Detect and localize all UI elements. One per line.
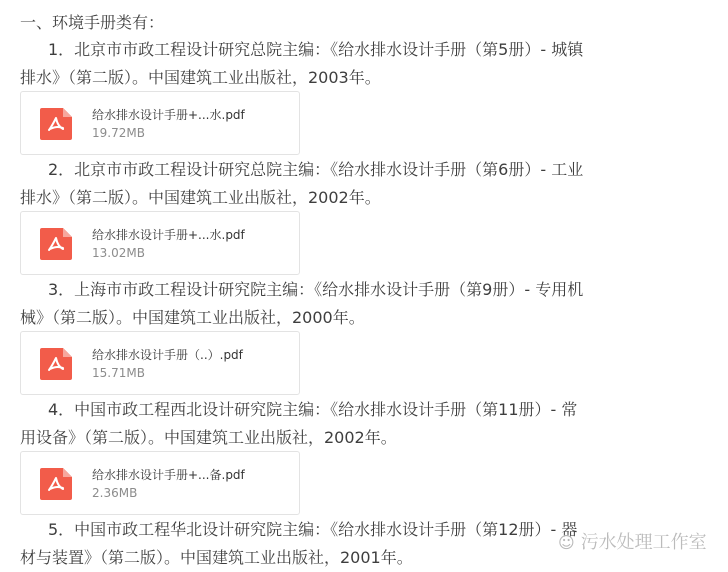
pdf-icon bbox=[40, 468, 72, 500]
file-attachment-card[interactable]: 给水排水设计手册（..）.pdf 15.71MB bbox=[20, 331, 300, 395]
entry-text-line2: 排水》（第二版）。中国建筑工业出版社，2002年。 bbox=[20, 184, 710, 212]
pdf-icon bbox=[40, 348, 72, 380]
file-size: 19.72MB bbox=[92, 126, 145, 140]
file-size: 15.71MB bbox=[92, 366, 145, 380]
file-name: 给水排水设计手册（..）.pdf bbox=[92, 348, 243, 362]
file-name: 给水排水设计手册+...备.pdf bbox=[92, 468, 245, 482]
reference-entry-4: 4．中国市政工程西北设计研究院主编：《给水排水设计手册（第11册）- 常 用设备… bbox=[20, 396, 710, 452]
reference-entry-3: 3．上海市市政工程设计研究院主编：《给水排水设计手册（第9册）- 专用机 械》（… bbox=[20, 276, 710, 332]
entry-text-line1: 2．北京市市政工程设计研究总院主编：《给水排水设计手册（第6册）- 工业 bbox=[20, 156, 710, 184]
reference-entry-1: 1．北京市市政工程设计研究总院主编：《给水排水设计手册（第5册）- 城镇 排水》… bbox=[20, 36, 710, 92]
file-name: 给水排水设计手册+...水.pdf bbox=[92, 108, 245, 122]
file-attachment-card[interactable]: 给水排水设计手册+...水.pdf 19.72MB bbox=[20, 91, 300, 155]
watermark: ☺污水处理工作室 bbox=[558, 528, 707, 554]
entry-text-line2: 用设备》（第二版）。中国建筑工业出版社，2002年。 bbox=[20, 424, 710, 452]
reference-entry-2: 2．北京市市政工程设计研究总院主编：《给水排水设计手册（第6册）- 工业 排水》… bbox=[20, 156, 710, 212]
entry-text-line2: 排水》（第二版）。中国建筑工业出版社，2003年。 bbox=[20, 64, 710, 92]
pdf-icon bbox=[40, 108, 72, 140]
file-size: 13.02MB bbox=[92, 246, 145, 260]
file-attachment-card[interactable]: 给水排水设计手册+...水.pdf 13.02MB bbox=[20, 211, 300, 275]
watermark-text: 污水处理工作室 bbox=[581, 532, 707, 553]
entry-text-line2: 械》（第二版）。中国建筑工业出版社，2000年。 bbox=[20, 304, 710, 332]
section-heading: 一、环境手册类有： bbox=[20, 10, 164, 36]
entry-text-line1: 4．中国市政工程西北设计研究院主编：《给水排水设计手册（第11册）- 常 bbox=[20, 396, 710, 424]
pdf-icon bbox=[40, 228, 72, 260]
entry-text-line1: 1．北京市市政工程设计研究总院主编：《给水排水设计手册（第5册）- 城镇 bbox=[20, 36, 710, 64]
file-name: 给水排水设计手册+...水.pdf bbox=[92, 228, 245, 242]
entry-text-line1: 3．上海市市政工程设计研究院主编：《给水排水设计手册（第9册）- 专用机 bbox=[20, 276, 710, 304]
file-size: 2.36MB bbox=[92, 486, 137, 500]
wechat-icon: ☺ bbox=[558, 533, 575, 552]
file-attachment-card[interactable]: 给水排水设计手册+...备.pdf 2.36MB bbox=[20, 451, 300, 515]
